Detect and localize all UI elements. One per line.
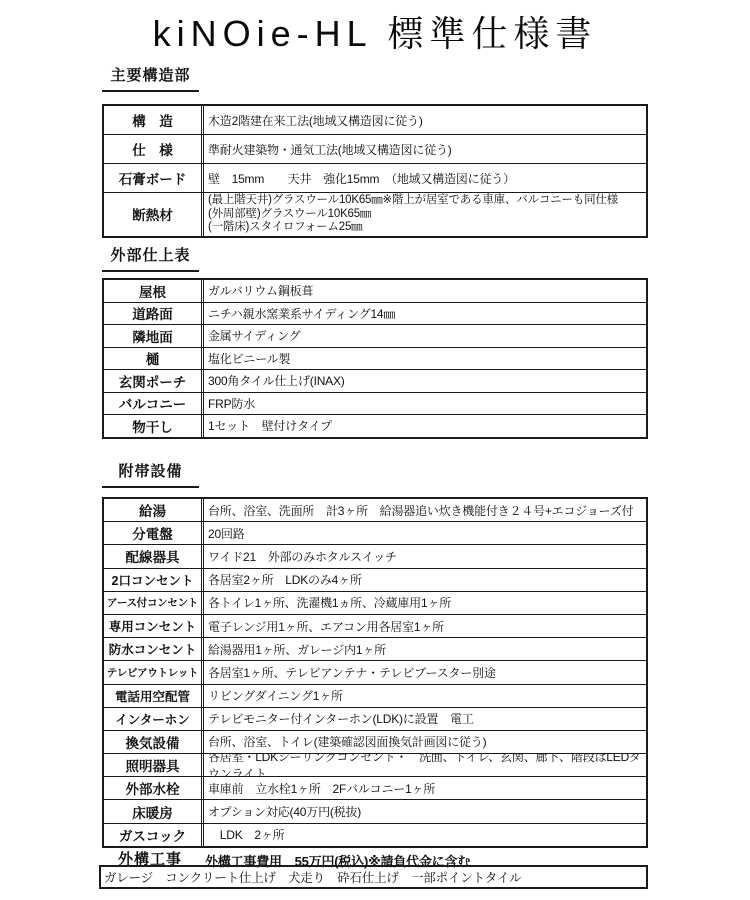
spec-row: 専用コンセント電子レンジ用1ヶ所、エアコン用各居室1ヶ所 bbox=[104, 614, 646, 637]
spec-row: 分電盤20回路 bbox=[104, 521, 646, 544]
spec-row: 床暖房オプション対応(40万円(税抜) bbox=[104, 799, 646, 822]
spec-row-value: 金属サイディング bbox=[201, 325, 646, 347]
spec-row-value: リビングダイニング1ヶ所 bbox=[201, 685, 646, 707]
spec-row-label: 給湯 bbox=[104, 499, 201, 521]
section-heading-ancillary-equipment: 附帯設備 bbox=[102, 460, 199, 488]
spec-row: バルコニーFRP防水 bbox=[104, 392, 646, 415]
spec-row-value: ニチハ親水窯業系サイディング14㎜ bbox=[201, 303, 646, 325]
spec-row-label: 換気設備 bbox=[104, 731, 201, 753]
spec-row-value: ワイド21 外部のみホタルスイッチ bbox=[201, 545, 646, 567]
spec-row: アース付コンセント各トイレ1ヶ所、洗濯機1ヵ所、冷蔵庫用1ヶ所 bbox=[104, 591, 646, 614]
spec-row: 防水コンセント給湯器用1ヶ所、ガレージ内1ヶ所 bbox=[104, 637, 646, 660]
table-exterior-finish: 屋根ガルバリウム鋼板葺道路面ニチハ親水窯業系サイディング14㎜隣地面金属サイディ… bbox=[102, 278, 648, 439]
table-ancillary-equipment: 給湯台所、浴室、洗面所 計3ヶ所 給湯器追い炊き機能付き２４号+エコジョーズ付分… bbox=[102, 497, 648, 848]
spec-row-label: アース付コンセント bbox=[104, 592, 201, 614]
spec-row-label: 樋 bbox=[104, 348, 201, 370]
spec-row-label: 専用コンセント bbox=[104, 615, 201, 637]
spec-row-value: 台所、浴室、洗面所 計3ヶ所 給湯器追い炊き機能付き２４号+エコジョーズ付 bbox=[201, 499, 646, 521]
spec-row-value: 電子レンジ用1ヶ所、エアコン用各居室1ヶ所 bbox=[201, 615, 646, 637]
spec-row-value: 各トイレ1ヶ所、洗濯機1ヵ所、冷蔵庫用1ヶ所 bbox=[201, 592, 646, 614]
spec-row: 隣地面金属サイディング bbox=[104, 324, 646, 347]
spec-row-value: 20回路 bbox=[201, 522, 646, 544]
table-main-structure: 構 造木造2階建在来工法(地域又構造図に従う)仕 様準耐火建築物・通気工法(地域… bbox=[102, 104, 648, 238]
spec-row-label: 構 造 bbox=[104, 106, 201, 134]
spec-row-label: 仕 様 bbox=[104, 135, 201, 163]
spec-row-value: 台所、浴室、トイレ(建築確認図面換気計画図に従う) bbox=[201, 731, 646, 753]
spec-row-value: 塩化ビニール製 bbox=[201, 348, 646, 370]
spec-row-label: 道路面 bbox=[104, 303, 201, 325]
spec-row-value: オプション対応(40万円(税抜) bbox=[201, 800, 646, 822]
spec-row-value: 壁 15mm 天井 強化15mm （地域又構造図に従う） bbox=[201, 164, 646, 192]
document-title: kiNOie-HL 標準仕様書 bbox=[0, 6, 750, 57]
spec-row-value: 車庫前 立水栓1ヶ所 2Fバルコニー1ヶ所 bbox=[201, 777, 646, 799]
spec-row-label: 床暖房 bbox=[104, 800, 201, 822]
spec-row-label: 玄関ポーチ bbox=[104, 370, 201, 392]
spec-row-value: 各居室1ヶ所、テレビアンテナ・テレビブースター別途 bbox=[201, 661, 646, 683]
spec-row-label: 断熱材 bbox=[104, 193, 201, 236]
spec-row-value: LDK 2ヶ所 bbox=[201, 824, 646, 846]
spec-row-value: 木造2階建在来工法(地域又構造図に従う) bbox=[201, 106, 646, 134]
spec-row-value: 準耐火建築物・通気工法(地域又構造図に従う) bbox=[201, 135, 646, 163]
spec-row-value: テレビモニター付インターホン(LDK)に設置 電工 bbox=[201, 708, 646, 730]
garage-finish-note: ガレージ コンクリート仕上げ 犬走り 砕石仕上げ 一部ポイントタイル bbox=[99, 865, 648, 889]
spec-row-value: ガルバリウム鋼板葺 bbox=[201, 280, 646, 302]
spec-row: 仕 様準耐火建築物・通気工法(地域又構造図に従う) bbox=[104, 134, 646, 163]
spec-row: 玄関ポーチ300角タイル仕上げ(INAX) bbox=[104, 369, 646, 392]
spec-row: 石膏ボード壁 15mm 天井 強化15mm （地域又構造図に従う） bbox=[104, 163, 646, 192]
spec-row-label: 2口コンセント bbox=[104, 569, 201, 591]
spec-row-value: FRP防水 bbox=[201, 393, 646, 415]
spec-row: 物干し1セット 壁付けタイプ bbox=[104, 414, 646, 437]
spec-row: 配線器具ワイド21 外部のみホタルスイッチ bbox=[104, 544, 646, 567]
spec-row: テレビアウトレット各居室1ヶ所、テレビアンテナ・テレビブースター別途 bbox=[104, 660, 646, 683]
section-heading-main-structure: 主要構造部 bbox=[102, 64, 199, 92]
spec-row-label: 物干し bbox=[104, 415, 201, 437]
spec-row-value: 各居室・LDKシーリングコンセント・ 洗面、トイレ、玄関、廊下、階段はLEDダウ… bbox=[201, 754, 646, 776]
spec-row-value: 各居室2ヶ所 LDKのみ4ヶ所 bbox=[201, 569, 646, 591]
spec-row-label: テレビアウトレット bbox=[104, 661, 201, 683]
spec-row-label: 分電盤 bbox=[104, 522, 201, 544]
spec-row-label: インターホン bbox=[104, 708, 201, 730]
spec-row-value: (最上階天井)グラスウール10K65㎜※階上が居室である車庫、バルコニーも同仕様… bbox=[201, 193, 646, 236]
spec-row-label: 屋根 bbox=[104, 280, 201, 302]
spec-row: 構 造木造2階建在来工法(地域又構造図に従う) bbox=[104, 106, 646, 134]
spec-row-value: 給湯器用1ヶ所、ガレージ内1ヶ所 bbox=[201, 638, 646, 660]
spec-row: 換気設備台所、浴室、トイレ(建築確認図面換気計画図に従う) bbox=[104, 730, 646, 753]
spec-row-label: 石膏ボード bbox=[104, 164, 201, 192]
spec-row: インターホンテレビモニター付インターホン(LDK)に設置 電工 bbox=[104, 707, 646, 730]
section-heading-exterior-finish: 外部仕上表 bbox=[102, 244, 199, 272]
spec-row: ガスコック LDK 2ヶ所 bbox=[104, 823, 646, 846]
spec-row: 樋塩化ビニール製 bbox=[104, 347, 646, 370]
spec-row: 外部水栓車庫前 立水栓1ヶ所 2Fバルコニー1ヶ所 bbox=[104, 776, 646, 799]
spec-row: 屋根ガルバリウム鋼板葺 bbox=[104, 280, 646, 302]
spec-row-label: 隣地面 bbox=[104, 325, 201, 347]
spec-row-label: ガスコック bbox=[104, 824, 201, 846]
spec-row-value: 1セット 壁付けタイプ bbox=[201, 415, 646, 437]
spec-sheet-document: kiNOie-HL 標準仕様書 主要構造部 構 造木造2階建在来工法(地域又構造… bbox=[0, 0, 750, 900]
spec-row: 電話用空配管リビングダイニング1ヶ所 bbox=[104, 684, 646, 707]
spec-row-label: 照明器具 bbox=[104, 754, 201, 776]
spec-row: 道路面ニチハ親水窯業系サイディング14㎜ bbox=[104, 302, 646, 325]
spec-row: 給湯台所、浴室、洗面所 計3ヶ所 給湯器追い炊き機能付き２４号+エコジョーズ付 bbox=[104, 499, 646, 521]
spec-row: 断熱材(最上階天井)グラスウール10K65㎜※階上が居室である車庫、バルコニーも… bbox=[104, 192, 646, 236]
spec-row: 照明器具各居室・LDKシーリングコンセント・ 洗面、トイレ、玄関、廊下、階段はL… bbox=[104, 753, 646, 776]
spec-row-label: 外部水栓 bbox=[104, 777, 201, 799]
spec-row-label: 配線器具 bbox=[104, 545, 201, 567]
spec-row: 2口コンセント各居室2ヶ所 LDKのみ4ヶ所 bbox=[104, 568, 646, 591]
spec-row-label: バルコニー bbox=[104, 393, 201, 415]
spec-row-value: 300角タイル仕上げ(INAX) bbox=[201, 370, 646, 392]
spec-row-label: 防水コンセント bbox=[104, 638, 201, 660]
spec-row-label: 電話用空配管 bbox=[104, 685, 201, 707]
